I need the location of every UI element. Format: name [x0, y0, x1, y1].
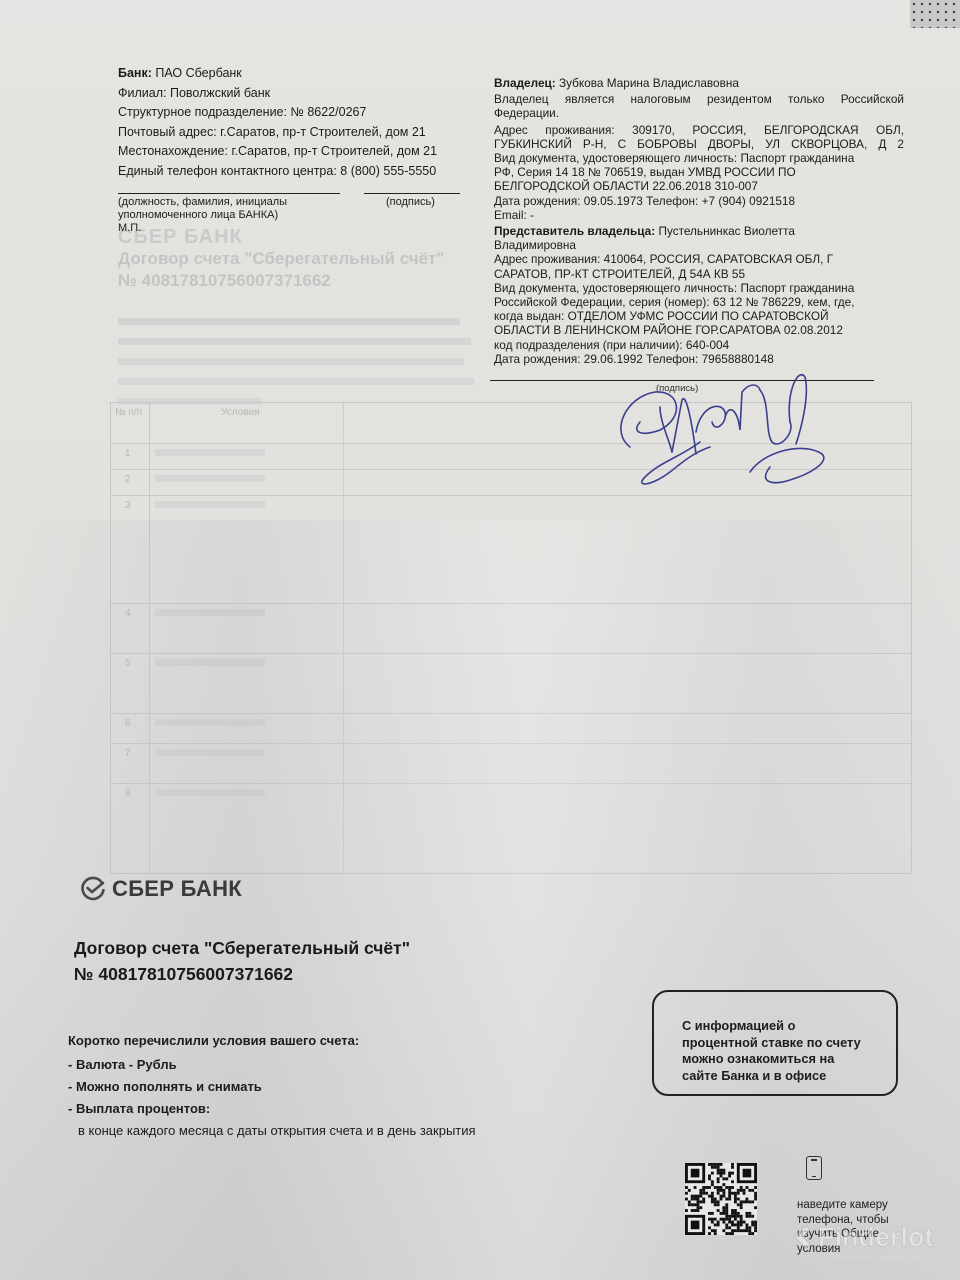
owner-address: Адрес проживания: 309170, РОССИЯ, БЕЛГОР…	[494, 123, 904, 137]
ghost-row-num: 6	[125, 718, 131, 729]
ghost-table-row: 8	[111, 783, 911, 784]
table-divider	[343, 403, 344, 873]
terms-intro: Коротко перечислили условия вашего счета…	[68, 1030, 476, 1052]
representative-label: Представитель владельца:	[494, 224, 655, 238]
bank-label: Банк:	[118, 66, 152, 80]
contract-title: Договор счета "Сберегательный счёт" № 40…	[74, 935, 410, 987]
terms-item: - Выплата процентов:	[68, 1098, 476, 1120]
finderlot-watermark: Finderlot Все торги по банкротству	[792, 1224, 934, 1250]
ghost-row-num: 7	[125, 748, 131, 759]
bank-row: Единый телефон контактного центра: 8 (80…	[118, 162, 437, 182]
ghost-row-num: 2	[125, 474, 131, 485]
bank-row: Местонахождение: г.Саратов, пр-т Строите…	[118, 142, 437, 162]
ghost-table-row: 5	[111, 653, 911, 654]
representative-name-cont: Владимировна	[494, 238, 904, 252]
ghost-row-label	[155, 608, 335, 619]
ghost-row-label	[155, 500, 335, 511]
representative-unit-code: код подразделения (при наличии): 640-004	[494, 338, 904, 352]
bank-value: ПАО Сбербанк	[152, 66, 242, 80]
ghost-row-label	[155, 658, 335, 669]
smartphone-icon	[806, 1156, 822, 1180]
interest-info-box: С информацией опроцентной ставке по счет…	[652, 990, 898, 1096]
owner-email: Email: -	[494, 208, 904, 222]
watermark-name: Finderlot	[818, 1224, 934, 1250]
ghost-row-num: 8	[125, 788, 131, 799]
sber-check-icon	[80, 876, 106, 902]
representative-address-cont: САРАТОВ, ПР-КТ СТРОИТЕЛЕЙ, Д 54А КВ 55	[494, 267, 904, 281]
sber-logo: СБЕР БАНК	[80, 876, 242, 902]
ghost-title-line: Договор счета "Сберегательный счёт"	[118, 248, 444, 270]
bank-row: Банк: ПАО Сбербанк	[118, 64, 437, 84]
representative-address: Адрес проживания: 410064, РОССИЯ, САРАТО…	[494, 252, 904, 266]
ghost-row-num: 3	[125, 500, 131, 511]
account-terms: Коротко перечислили условия вашего счета…	[68, 1030, 476, 1142]
brand-name: СБЕР БАНК	[112, 876, 242, 902]
ghost-contract-title: Договор счета "Сберегательный счёт" № 40…	[118, 248, 444, 292]
ghost-row-label	[155, 748, 335, 759]
watermark-tagline: Все торги по банкротству	[830, 1252, 924, 1261]
scanned-page: СБЕР БАНК Договор счета "Сберегательный …	[0, 0, 960, 1280]
background-surface	[910, 0, 960, 28]
representative-name: Пустельнинкас Виолетта	[655, 224, 795, 238]
account-number: № 40817810756007371662	[74, 961, 410, 987]
representative-document-cont: ОБЛАСТИ В ЛЕНИНСКОМ РАЙОНЕ ГОР.САРАТОВА …	[494, 323, 904, 337]
owner-name: Зубкова Марина Владиславовна	[556, 76, 739, 90]
bank-value: Почтовый адрес: г.Саратов, пр-т Строител…	[118, 125, 426, 139]
info-line: сайте Банка и в офисе	[682, 1068, 861, 1085]
tax-status: Владелец является налоговым резидентом т…	[494, 92, 904, 106]
ghost-row-label	[155, 448, 335, 459]
interest-info-text: С информацией опроцентной ставке по счет…	[682, 1018, 861, 1084]
position-caption: (должность, фамилия, инициалы уполномоче…	[118, 196, 338, 222]
handwritten-signature	[600, 362, 840, 492]
owner-birth-phone: Дата рождения: 09.05.1973 Телефон: +7 (9…	[494, 194, 904, 208]
contract-name: Договор счета "Сберегательный счёт"	[74, 935, 410, 961]
owner-document-cont: БЕЛГОРОДСКОЙ ОБЛАСТИ 22.06.2018 310-007	[494, 179, 904, 193]
ghost-row-num: 4	[125, 608, 131, 619]
signature-line	[118, 193, 340, 194]
background-paper	[0, 0, 890, 22]
owner-details: Владелец: Зубкова Марина Владиславовна В…	[494, 76, 904, 366]
ghost-row-num: 5	[125, 658, 131, 669]
ghost-title-line: № 40817810756007371662	[118, 270, 444, 292]
ghost-row-label	[155, 474, 335, 485]
signature-line	[364, 193, 460, 194]
terms-item: - Валюта - Рубль	[68, 1054, 476, 1076]
owner-address-cont: ГУБКИНСКИЙ Р-Н, С БОБРОВЫ ДВОРЫ, УЛ СКВО…	[494, 137, 904, 151]
ghost-row-num: 1	[125, 448, 131, 459]
finderlot-logo-icon	[792, 1224, 816, 1250]
tax-status-cont: Федерации.	[494, 106, 904, 120]
qr-caption-line: наведите камеру	[797, 1198, 907, 1213]
owner-label: Владелец:	[494, 76, 556, 90]
representative-document: Вид документа, удостоверяющего личность:…	[494, 281, 904, 295]
owner-document: Вид документа, удостоверяющего личность:…	[494, 151, 904, 165]
interest-detail: в конце каждого месяца с даты открытия с…	[68, 1120, 476, 1142]
bank-value: Местонахождение: г.Саратов, пр-т Строите…	[118, 144, 437, 158]
ghost-table-row: 6	[111, 713, 911, 714]
terms-item: - Можно пополнять и снимать	[68, 1076, 476, 1098]
ghost-header-cond: Условия	[221, 407, 401, 418]
bank-signature-caption: (должность, фамилия, инициалы уполномоче…	[118, 196, 338, 235]
qr-code[interactable]	[685, 1163, 757, 1235]
ghost-paragraph	[118, 318, 478, 413]
bank-row: Филиал: Поволжский банк	[118, 84, 437, 104]
bank-value: Структурное подразделение: № 8622/0267	[118, 105, 366, 119]
info-line: С информацией о	[682, 1018, 861, 1035]
representative-line: Представитель владельца: Пустельнинкас В…	[494, 224, 904, 238]
owner-document-cont: РФ, Серия 14 18 № 706519, выдан УМВД РОС…	[494, 165, 904, 179]
bank-row: Почтовый адрес: г.Саратов, пр-т Строител…	[118, 123, 437, 143]
signature-caption: (подпись)	[386, 196, 435, 208]
owner-line: Владелец: Зубкова Марина Владиславовна	[494, 76, 904, 90]
ghost-row-label	[155, 788, 335, 799]
table-divider	[149, 403, 150, 873]
representative-document-cont: когда выдан: ОТДЕЛОМ УФМС РОССИИ ПО САРА…	[494, 309, 904, 323]
ghost-table-row: 3	[111, 495, 911, 496]
bank-value: Единый телефон контактного центра: 8 (80…	[118, 164, 436, 178]
ghost-header-num: № п/п	[115, 407, 142, 418]
bank-row: Структурное подразделение: № 8622/0267	[118, 103, 437, 123]
info-line: процентной ставке по счету	[682, 1035, 861, 1052]
bank-value: Филиал: Поволжский банк	[118, 86, 270, 100]
ghost-table-row: 4	[111, 603, 911, 604]
stamp-mark: М.П.	[118, 222, 338, 235]
ghost-row-label	[155, 718, 335, 729]
representative-document-cont: Российской Федерации, серия (номер): 63 …	[494, 295, 904, 309]
ghost-table-row: 7	[111, 743, 911, 744]
bank-requisites: Банк: ПАО СбербанкФилиал: Поволжский бан…	[118, 64, 437, 181]
info-line: можно ознакомиться на	[682, 1051, 861, 1068]
